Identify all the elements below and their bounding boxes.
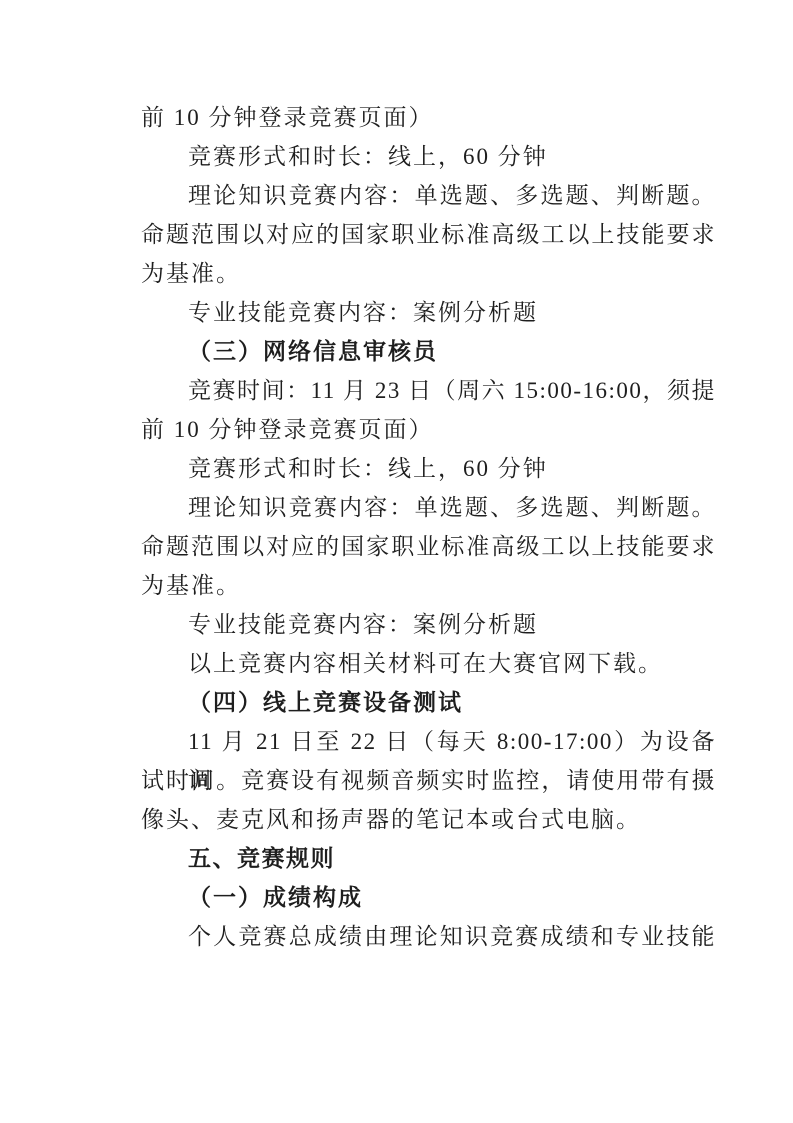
text-line: 竞赛形式和时长：线上，60 分钟 bbox=[141, 449, 716, 488]
text-line: 竞赛形式和时长：线上，60 分钟 bbox=[141, 137, 716, 176]
document-page: 前 10 分钟登录竞赛页面） 竞赛形式和时长：线上，60 分钟 理论知识竞赛内容… bbox=[0, 0, 793, 1123]
text-line: 前 10 分钟登录竞赛页面） bbox=[141, 98, 716, 137]
subheading-section-four: （四）线上竞赛设备测试 bbox=[141, 683, 716, 722]
text-line: 命题范围以对应的国家职业标准高级工以上技能要求 bbox=[141, 215, 716, 254]
text-line: 试时间。竞赛设有视频音频实时监控，请使用带有摄 bbox=[141, 761, 716, 800]
text-line: 前 10 分钟登录竞赛页面） bbox=[141, 410, 716, 449]
text-line: 竞赛时间：11 月 23 日（周六 15:00-16:00，须提 bbox=[141, 371, 716, 410]
subheading-section-five-one: （一）成绩构成 bbox=[141, 878, 716, 917]
text-line: 专业技能竞赛内容：案例分析题 bbox=[141, 605, 716, 644]
text-line: 以上竞赛内容相关材料可在大赛官网下载。 bbox=[141, 644, 716, 683]
text-line: 为基准。 bbox=[141, 566, 716, 605]
text-line: 个人竞赛总成绩由理论知识竞赛成绩和专业技能 bbox=[141, 917, 716, 956]
text-line: 理论知识竞赛内容：单选题、多选题、判断题。 bbox=[141, 488, 716, 527]
heading-section-five: 五、竞赛规则 bbox=[141, 839, 716, 878]
document-text-block: 前 10 分钟登录竞赛页面） 竞赛形式和时长：线上，60 分钟 理论知识竞赛内容… bbox=[141, 98, 716, 956]
text-line: 命题范围以对应的国家职业标准高级工以上技能要求 bbox=[141, 527, 716, 566]
text-line: 像头、麦克风和扬声器的笔记本或台式电脑。 bbox=[141, 800, 716, 839]
text-line: 为基准。 bbox=[141, 254, 716, 293]
text-line: 11 月 21 日至 22 日（每天 8:00-17:00）为设备调 bbox=[141, 722, 716, 761]
subheading-section-three: （三）网络信息审核员 bbox=[141, 332, 716, 371]
text-line: 专业技能竞赛内容：案例分析题 bbox=[141, 293, 716, 332]
text-line: 理论知识竞赛内容：单选题、多选题、判断题。 bbox=[141, 176, 716, 215]
